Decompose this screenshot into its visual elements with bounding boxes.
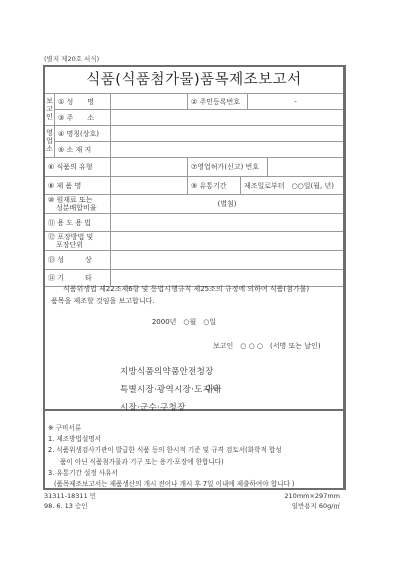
divider — [45, 409, 343, 411]
authority-city-county: 시장·군수·구청장 — [120, 401, 186, 413]
license-no-field[interactable] — [268, 158, 343, 176]
business-name-label: ④ 명칭(상호) — [55, 126, 110, 141]
properties-label: ⑬ 성 상 — [45, 251, 110, 269]
reporter-signature: 보고인 ○ ○ ○ (서명 또는 날인) — [213, 341, 321, 351]
resident-no-field[interactable]: - — [248, 94, 343, 109]
form-title: 식품(식품첨가물)품목제조보고서 — [45, 67, 343, 94]
license-no-label: ⑦영업허가(신고) 번호 — [188, 158, 267, 176]
ingredients-label-line1: ⑩ 원재료 또는 — [48, 196, 93, 205]
ingredients-label-line2: 성분배합비율 — [48, 204, 97, 213]
paper-type: 일반용지 60g/㎡ — [284, 501, 340, 511]
required-doc-item: 품이 아닌 식품첨가물과 기구 또는 용기·포장에 한합니다) — [48, 457, 340, 468]
approval-date: 98. 6. 13 승인 — [44, 501, 96, 511]
packaging-label: ⑫ 포장방법 및 포장단위 — [45, 232, 110, 250]
reporter-group-label: 보고인 — [45, 93, 54, 125]
required-doc-item: 1. 제조방법설명서 — [48, 434, 340, 445]
food-type-label: ⑥ 식품의 유형 — [45, 158, 110, 176]
report-date: 2000년 ○월 ○일 — [35, 317, 333, 327]
form-code: 31311-18311 민 — [44, 491, 96, 501]
food-type-field[interactable] — [111, 158, 187, 176]
business-name-field[interactable] — [111, 126, 343, 141]
product-name-field[interactable] — [111, 177, 187, 194]
submission-note: (품목제조보고서는 제품생산의 개시 전이나 개시 후 7일 이내에 제출하여야… — [48, 479, 340, 490]
footer-right: 210mm×297mm 일반용지 60g/㎡ — [284, 491, 340, 511]
usage-field[interactable] — [111, 214, 343, 231]
location-label: ⑤ 소 재 지 — [55, 142, 110, 157]
name-field[interactable] — [111, 94, 187, 109]
declaration-text: 식품위생법 제22조제6항 및 동법시행규칙 제25조의 규정에 의하여 식품(… — [51, 283, 339, 307]
required-doc-item: 3. 유통기간 설정 사유서 — [48, 468, 340, 479]
footer-left: 31311-18311 민 98. 6. 13 승인 — [44, 491, 96, 511]
address-label: ③ 주 소 — [55, 110, 110, 125]
packaging-label-line1: ⑫ 포장방법 및 — [48, 233, 93, 242]
business-group-label: 영업소 — [45, 125, 54, 157]
properties-field[interactable] — [111, 251, 343, 269]
usage-label: ⑪ 용 도 용 법 — [45, 214, 110, 231]
location-field[interactable] — [111, 142, 343, 157]
resident-no-label: ② 주민등록번호 — [188, 94, 247, 109]
report-form: 식품(식품첨가물)품목제조보고서 보고인 영업소 ① 성 명 ② 주민등록번호 … — [43, 65, 346, 490]
packaging-field[interactable] — [111, 232, 343, 250]
declaration-line-2: 품목을 제조할 것임을 보고합니다. — [51, 295, 339, 307]
shelf-life-field[interactable]: 제조일로부터 ○○일(월, 년) — [241, 177, 343, 194]
ingredients-field[interactable]: (별첨) — [111, 195, 343, 213]
addressee-suffix: 귀하 — [205, 383, 221, 395]
name-label: ① 성 명 — [55, 94, 110, 109]
declaration-line-1: 식품위생법 제22조제6항 및 동법시행규칙 제25조의 규정에 의하여 식품(… — [51, 283, 339, 295]
product-name-label: ⑧ 제 품 명 — [45, 177, 110, 194]
required-documents: ※ 구비서류 1. 제조방법설명서 2. 식품위생검사기관이 발급한 식품 등의… — [48, 423, 340, 490]
authority-regional-fda: 지방식품의약품안전청장 — [120, 365, 214, 377]
shelf-life-label: ⑨ 유통기간 — [188, 177, 240, 194]
paper-size: 210mm×297mm — [284, 491, 340, 501]
ingredients-label: ⑩ 원재료 또는 성분배합비율 — [45, 195, 110, 213]
form-number: (별지 제20호 서식) — [44, 54, 99, 63]
required-docs-heading: ※ 구비서류 — [48, 423, 340, 434]
address-field[interactable] — [111, 110, 343, 125]
required-doc-item: 2. 식품위생검사기관이 발급한 식품 등의 한시적 기준 및 규격 검토서(화… — [48, 445, 340, 456]
packaging-label-line2: 포장단위 — [48, 241, 83, 250]
